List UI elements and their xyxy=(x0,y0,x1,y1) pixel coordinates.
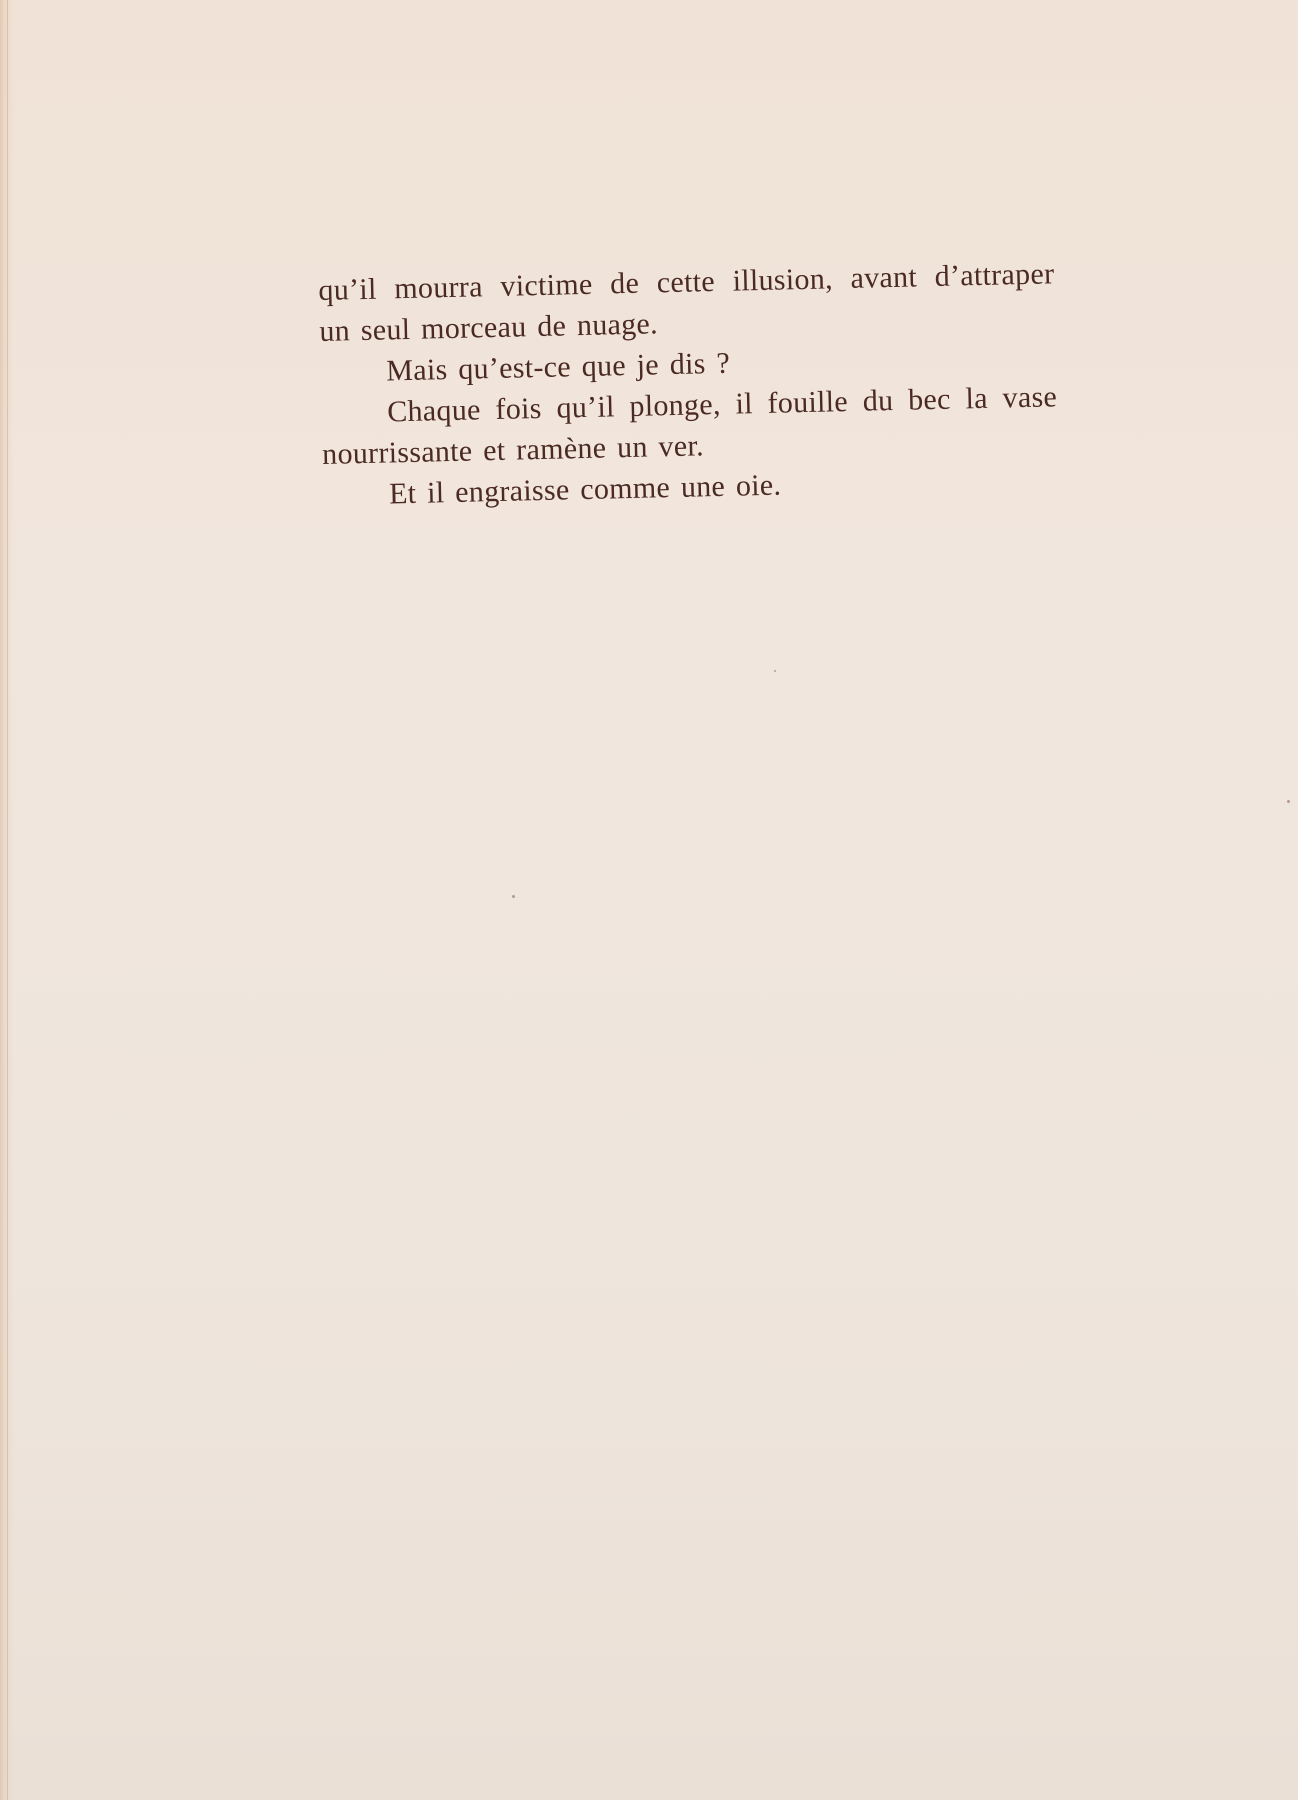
paper-speck xyxy=(512,895,515,898)
paper-speck xyxy=(1287,800,1290,803)
paper-speck xyxy=(774,670,776,672)
prose-text-block: qu’il mourra victime de cette illusion, … xyxy=(318,253,1059,516)
book-page: qu’il mourra victime de cette illusion, … xyxy=(0,0,1298,1800)
page-spine-edge xyxy=(7,0,8,1800)
